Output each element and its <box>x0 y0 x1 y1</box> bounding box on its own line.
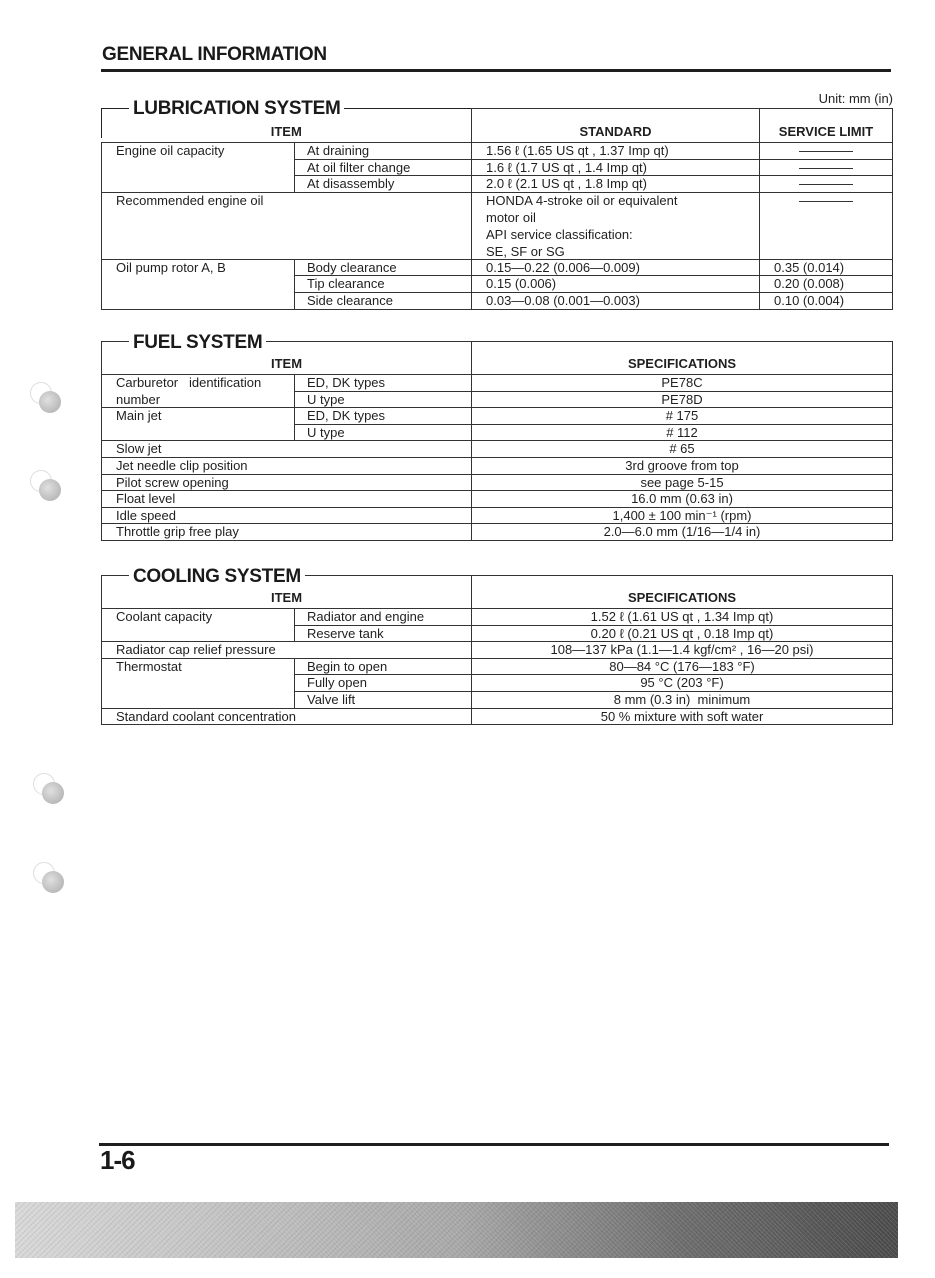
table-row: Coolant capacity Radiator and engine 1.5… <box>102 609 893 626</box>
spec-value: 16.0 mm (0.63 in) <box>472 491 893 508</box>
service-limit-value <box>760 192 893 259</box>
item-label: Jet needle clip position <box>102 457 472 474</box>
spec-value: 2.0—6.0 mm (1/16—1/4 in) <box>472 524 893 541</box>
column-header-standard: STANDARD <box>472 109 760 143</box>
section-title: LUBRICATION SYSTEM <box>129 98 344 120</box>
footer-scan-band <box>15 1202 898 1258</box>
standard-value: 0.15 (0.006) <box>472 276 760 293</box>
punch-hole-icon <box>30 470 56 496</box>
header-rule <box>101 69 891 72</box>
item-label: Oil pump rotor A, B <box>102 259 295 309</box>
item-label: Pilot screw opening <box>102 474 472 491</box>
condition-label: At disassembly <box>295 176 472 193</box>
condition-label: U type <box>295 424 472 441</box>
condition-label: Valve lift <box>295 691 472 708</box>
spec-value: see page 5-15 <box>472 474 893 491</box>
table-row: Main jet ED, DK types # 175 <box>102 408 893 425</box>
service-limit-value <box>760 143 893 160</box>
service-limit-value <box>760 176 893 193</box>
standard-line: HONDA 4-stroke oil or equivalent <box>486 193 745 208</box>
condition-label: At draining <box>295 143 472 160</box>
condition-label: U type <box>295 391 472 408</box>
cooling-section: COOLING SYSTEM ITEM SPECIFICATIONS Coola… <box>101 575 892 725</box>
standard-value: 1.56 ℓ (1.65 US qt , 1.37 Imp qt) <box>472 143 760 160</box>
table-row: Radiator cap relief pressure 108—137 kPa… <box>102 642 893 659</box>
table-row: Pilot screw opening see page 5-15 <box>102 474 893 491</box>
spec-value: 80—84 °C (176—183 °F) <box>472 658 893 675</box>
table-row: Idle speed 1,400 ± 100 min⁻¹ (rpm) <box>102 507 893 524</box>
table-row: Jet needle clip position 3rd groove from… <box>102 457 893 474</box>
condition-label: Side clearance <box>295 292 472 309</box>
item-label: Recommended engine oil <box>102 192 472 259</box>
item-label: Slow jet <box>102 441 472 458</box>
condition-label: Body clearance <box>295 259 472 276</box>
condition-label: ED, DK types <box>295 375 472 392</box>
column-header-specifications: SPECIFICATIONS <box>472 576 893 609</box>
not-applicable-dash <box>799 168 853 169</box>
lubrication-table: ITEM STANDARD SERVICE LIMIT Engine oil c… <box>101 108 893 310</box>
fuel-table: ITEM SPECIFICATIONS Carburetor identific… <box>101 341 893 541</box>
service-limit-value: 0.20 (0.008) <box>760 276 893 293</box>
standard-value: 2.0 ℓ (2.1 US qt , 1.8 Imp qt) <box>472 176 760 193</box>
table-row: Oil pump rotor A, B Body clearance 0.15—… <box>102 259 893 276</box>
item-label: Standard coolant concentration <box>102 708 472 725</box>
spec-value: PE78D <box>472 391 893 408</box>
spec-value: 0.20 ℓ (0.21 US qt , 0.18 Imp qt) <box>472 625 893 642</box>
spec-value: 1.52 ℓ (1.61 US qt , 1.34 Imp qt) <box>472 609 893 626</box>
item-label: Throttle grip free play <box>102 524 472 541</box>
punch-hole-icon <box>33 862 59 888</box>
punch-hole-icon <box>30 382 56 408</box>
condition-label: Fully open <box>295 675 472 692</box>
not-applicable-dash <box>799 201 853 202</box>
item-label: Float level <box>102 491 472 508</box>
not-applicable-dash <box>799 151 853 152</box>
spec-value: 95 °C (203 °F) <box>472 675 893 692</box>
page-number: 1-6 <box>100 1145 135 1176</box>
standard-line: API service classification: <box>486 227 745 242</box>
section-title: COOLING SYSTEM <box>129 566 305 588</box>
table-row: Engine oil capacity At draining 1.56 ℓ (… <box>102 143 893 160</box>
item-label: Carburetor identification number <box>102 375 295 408</box>
table-row: Carburetor identification number ED, DK … <box>102 375 893 392</box>
standard-value: 1.6 ℓ (1.7 US qt , 1.4 Imp qt) <box>472 159 760 176</box>
condition-label: Begin to open <box>295 658 472 675</box>
spec-value: PE78C <box>472 375 893 392</box>
page-header-title: GENERAL INFORMATION <box>102 44 327 66</box>
spec-value: 3rd groove from top <box>472 457 893 474</box>
column-header-specifications: SPECIFICATIONS <box>472 342 893 375</box>
table-row: Throttle grip free play 2.0—6.0 mm (1/16… <box>102 524 893 541</box>
spec-value: # 175 <box>472 408 893 425</box>
item-label: Radiator cap relief pressure <box>102 642 472 659</box>
condition-label: At oil filter change <box>295 159 472 176</box>
item-label: Main jet <box>102 408 295 441</box>
condition-label: Tip clearance <box>295 276 472 293</box>
cooling-table: ITEM SPECIFICATIONS Coolant capacity Rad… <box>101 575 893 725</box>
column-header-service-limit: SERVICE LIMIT <box>760 109 893 143</box>
service-limit-value <box>760 159 893 176</box>
section-title: FUEL SYSTEM <box>129 332 266 354</box>
service-limit-value: 0.35 (0.014) <box>760 259 893 276</box>
spec-value: 1,400 ± 100 min⁻¹ (rpm) <box>472 507 893 524</box>
spec-value: # 65 <box>472 441 893 458</box>
item-label-line: number <box>116 392 280 407</box>
item-label: Coolant capacity <box>102 609 295 642</box>
unit-label: Unit: mm (in) <box>819 91 893 106</box>
fuel-section: FUEL SYSTEM ITEM SPECIFICATIONS Carburet… <box>101 341 892 546</box>
table-row: Slow jet # 65 <box>102 441 893 458</box>
condition-label: Radiator and engine <box>295 609 472 626</box>
standard-value: HONDA 4-stroke oil or equivalent motor o… <box>472 192 760 259</box>
table-row: Float level 16.0 mm (0.63 in) <box>102 491 893 508</box>
item-label: Thermostat <box>102 658 295 708</box>
condition-label: ED, DK types <box>295 408 472 425</box>
service-limit-value: 0.10 (0.004) <box>760 292 893 309</box>
lubrication-section: LUBRICATION SYSTEM ITEM STANDARD SERVICE… <box>101 108 892 313</box>
condition-label: Reserve tank <box>295 625 472 642</box>
spec-value: # 112 <box>472 424 893 441</box>
not-applicable-dash <box>799 184 853 185</box>
table-row: Thermostat Begin to open 80—84 °C (176—1… <box>102 658 893 675</box>
table-row: Standard coolant concentration 50 % mixt… <box>102 708 893 725</box>
spec-value: 8 mm (0.3 in) minimum <box>472 691 893 708</box>
item-label: Idle speed <box>102 507 472 524</box>
spec-value: 108—137 kPa (1.1—1.4 kgf/cm² , 16—20 psi… <box>472 642 893 659</box>
footer-rule <box>99 1143 889 1146</box>
standard-value: 0.03—0.08 (0.001—0.003) <box>472 292 760 309</box>
punch-hole-icon <box>33 773 59 799</box>
standard-line: motor oil <box>486 210 745 225</box>
item-label-line: Carburetor identification <box>116 375 280 390</box>
spec-value: 50 % mixture with soft water <box>472 708 893 725</box>
table-row: Recommended engine oil HONDA 4-stroke oi… <box>102 192 893 259</box>
standard-line: SE, SF or SG <box>486 244 745 259</box>
item-label: Engine oil capacity <box>102 143 295 193</box>
standard-value: 0.15—0.22 (0.006—0.009) <box>472 259 760 276</box>
